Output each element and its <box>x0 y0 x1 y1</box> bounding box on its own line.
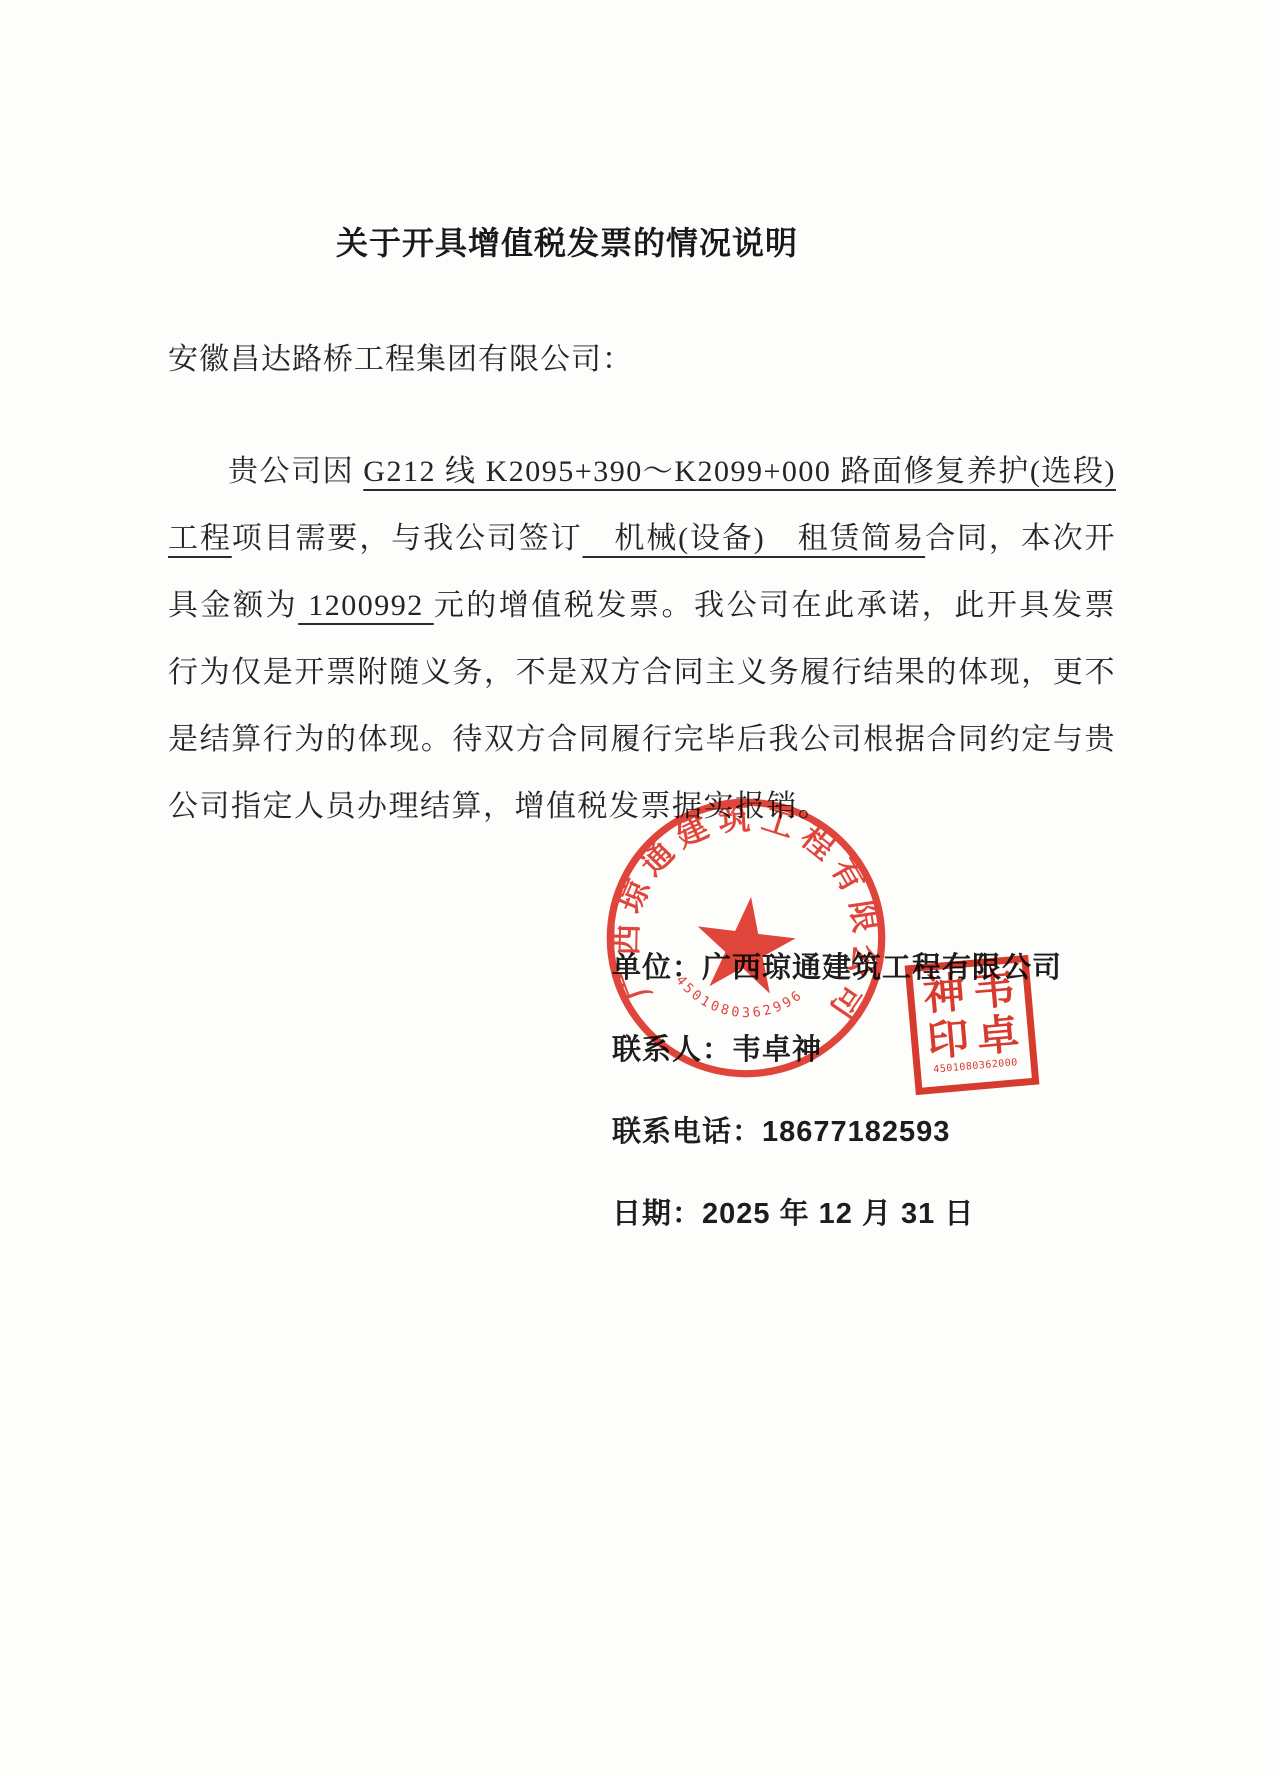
document-page: 关于开具增值税发票的情况说明 安徽昌达路桥工程集团有限公司： 贵公司因 G212… <box>0 0 1279 1777</box>
body-line-5: 是结算行为的体现。待双方合同履行完毕后我公司根据合同约定与贵 <box>168 706 1116 773</box>
body-line-2-end: 合同，本次开 <box>925 522 1116 555</box>
date-value: 2025 年 12 月 31 日 <box>702 1198 974 1230</box>
invoice-amount-underlined: 1200992 <box>298 589 434 622</box>
unit-label: 单位： <box>612 952 702 984</box>
body-paragraph: 贵公司因 G212 线 K2095+390～K2099+000 路面修复养护(选… <box>168 438 1116 840</box>
phone-label: 联系电话： <box>612 1116 762 1148</box>
addressee-line: 安徽昌达路桥工程集团有限公司： <box>168 334 633 378</box>
body-line-3-text: 具金额为 <box>168 589 298 622</box>
signature-phone-line: 联系电话：18677182593 <box>612 1112 1062 1194</box>
project-name-continuation: 工程 <box>168 522 232 555</box>
body-line-2: 工程项目需要，与我公司签订 机械(设备) 租赁简易合同，本次开 <box>168 505 1116 572</box>
body-line-4: 行为仅是开票附随义务，不是双方合同主义务履行结果的体现，更不 <box>168 639 1116 706</box>
body-line-3: 具金额为 1200992 元的增值税发票。我公司在此承诺，此开具发票 <box>168 572 1116 639</box>
body-line-1: 贵公司因 G212 线 K2095+390～K2099+000 路面修复养护(选… <box>168 438 1116 505</box>
unit-value: 广西琼通建筑工程有限公司 <box>702 952 1062 984</box>
body-line-3-end: 元的增值税发票。我公司在此承诺，此开具发票 <box>434 589 1116 622</box>
page-title: 关于开具增值税发票的情况说明 <box>0 218 1134 264</box>
signature-contact-line: 联系人：韦卓神 <box>612 1030 1062 1112</box>
contact-value: 韦卓神 <box>732 1034 822 1066</box>
phone-value: 18677182593 <box>762 1116 950 1148</box>
body-line-2-text: 项目需要，与我公司签订 <box>232 522 583 555</box>
signature-date-line: 日期：2025 年 12 月 31 日 <box>612 1194 1062 1276</box>
signature-block: 单位：广西琼通建筑工程有限公司 联系人：韦卓神 联系电话：18677182593… <box>612 948 1062 1276</box>
signature-unit-line: 单位：广西琼通建筑工程有限公司 <box>612 948 1062 1030</box>
body-line-1-text: 贵公司因 <box>228 455 363 488</box>
contact-label: 联系人： <box>612 1034 732 1066</box>
body-line-6: 公司指定人员办理结算，增值税发票据实报销。 <box>168 773 1116 840</box>
project-name-underlined: G212 线 K2095+390～K2099+000 路面修复养护(选段) <box>363 455 1116 488</box>
contract-type-underlined: 机械(设备) 租赁简易 <box>583 522 926 555</box>
date-label: 日期： <box>612 1198 702 1230</box>
